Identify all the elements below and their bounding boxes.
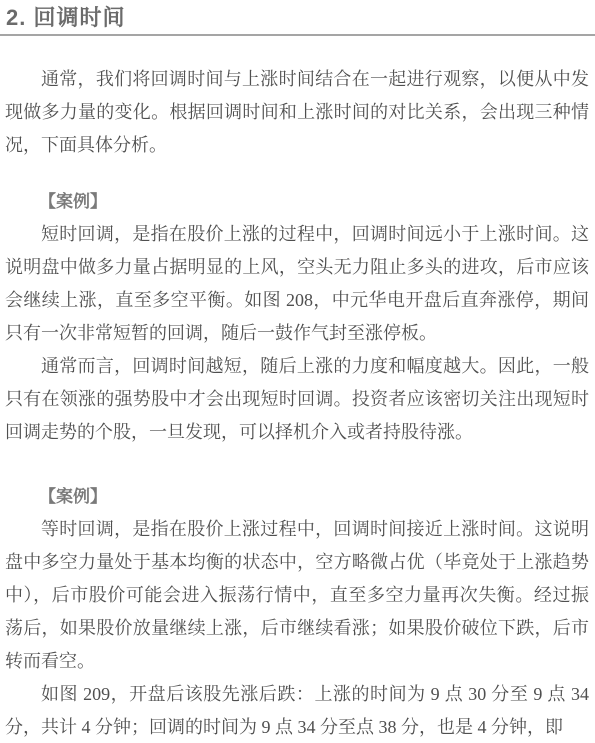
page-title: 2. 回调时间 (6, 6, 589, 30)
case2-heading: 【案例】 (5, 480, 589, 513)
intro-paragraph: 通常，我们将回调时间与上涨时间结合在一起进行观察，以便从中发现做多力量的变化。根… (5, 63, 589, 162)
document-body: 通常，我们将回调时间与上涨时间结合在一起进行观察，以便从中发现做多力量的变化。根… (5, 63, 589, 743)
case2-paragraph-2: 如图 209，开盘后该股先涨后跌：上涨的时间为 9 点 30 分至 9 点 34… (5, 678, 589, 743)
case1-paragraph-2: 通常而言，回调时间越短，随后上涨的力度和幅度越大。因此，一般只有在领涨的强势股中… (5, 350, 589, 449)
case1-paragraph-1: 短时回调，是指在股价上涨的过程中，回调时间远小于上涨时间。这说明盘中做多力量占据… (5, 218, 589, 350)
case2-paragraph-1: 等时回调，是指在股价上涨过程中，回调时间接近上涨时间。这说明盘中多空力量处于基本… (5, 513, 589, 678)
document-page: 2. 回调时间 通常，我们将回调时间与上涨时间结合在一起进行观察，以便从中发现做… (0, 0, 595, 743)
title-divider (0, 34, 595, 36)
case1-heading: 【案例】 (5, 185, 589, 218)
